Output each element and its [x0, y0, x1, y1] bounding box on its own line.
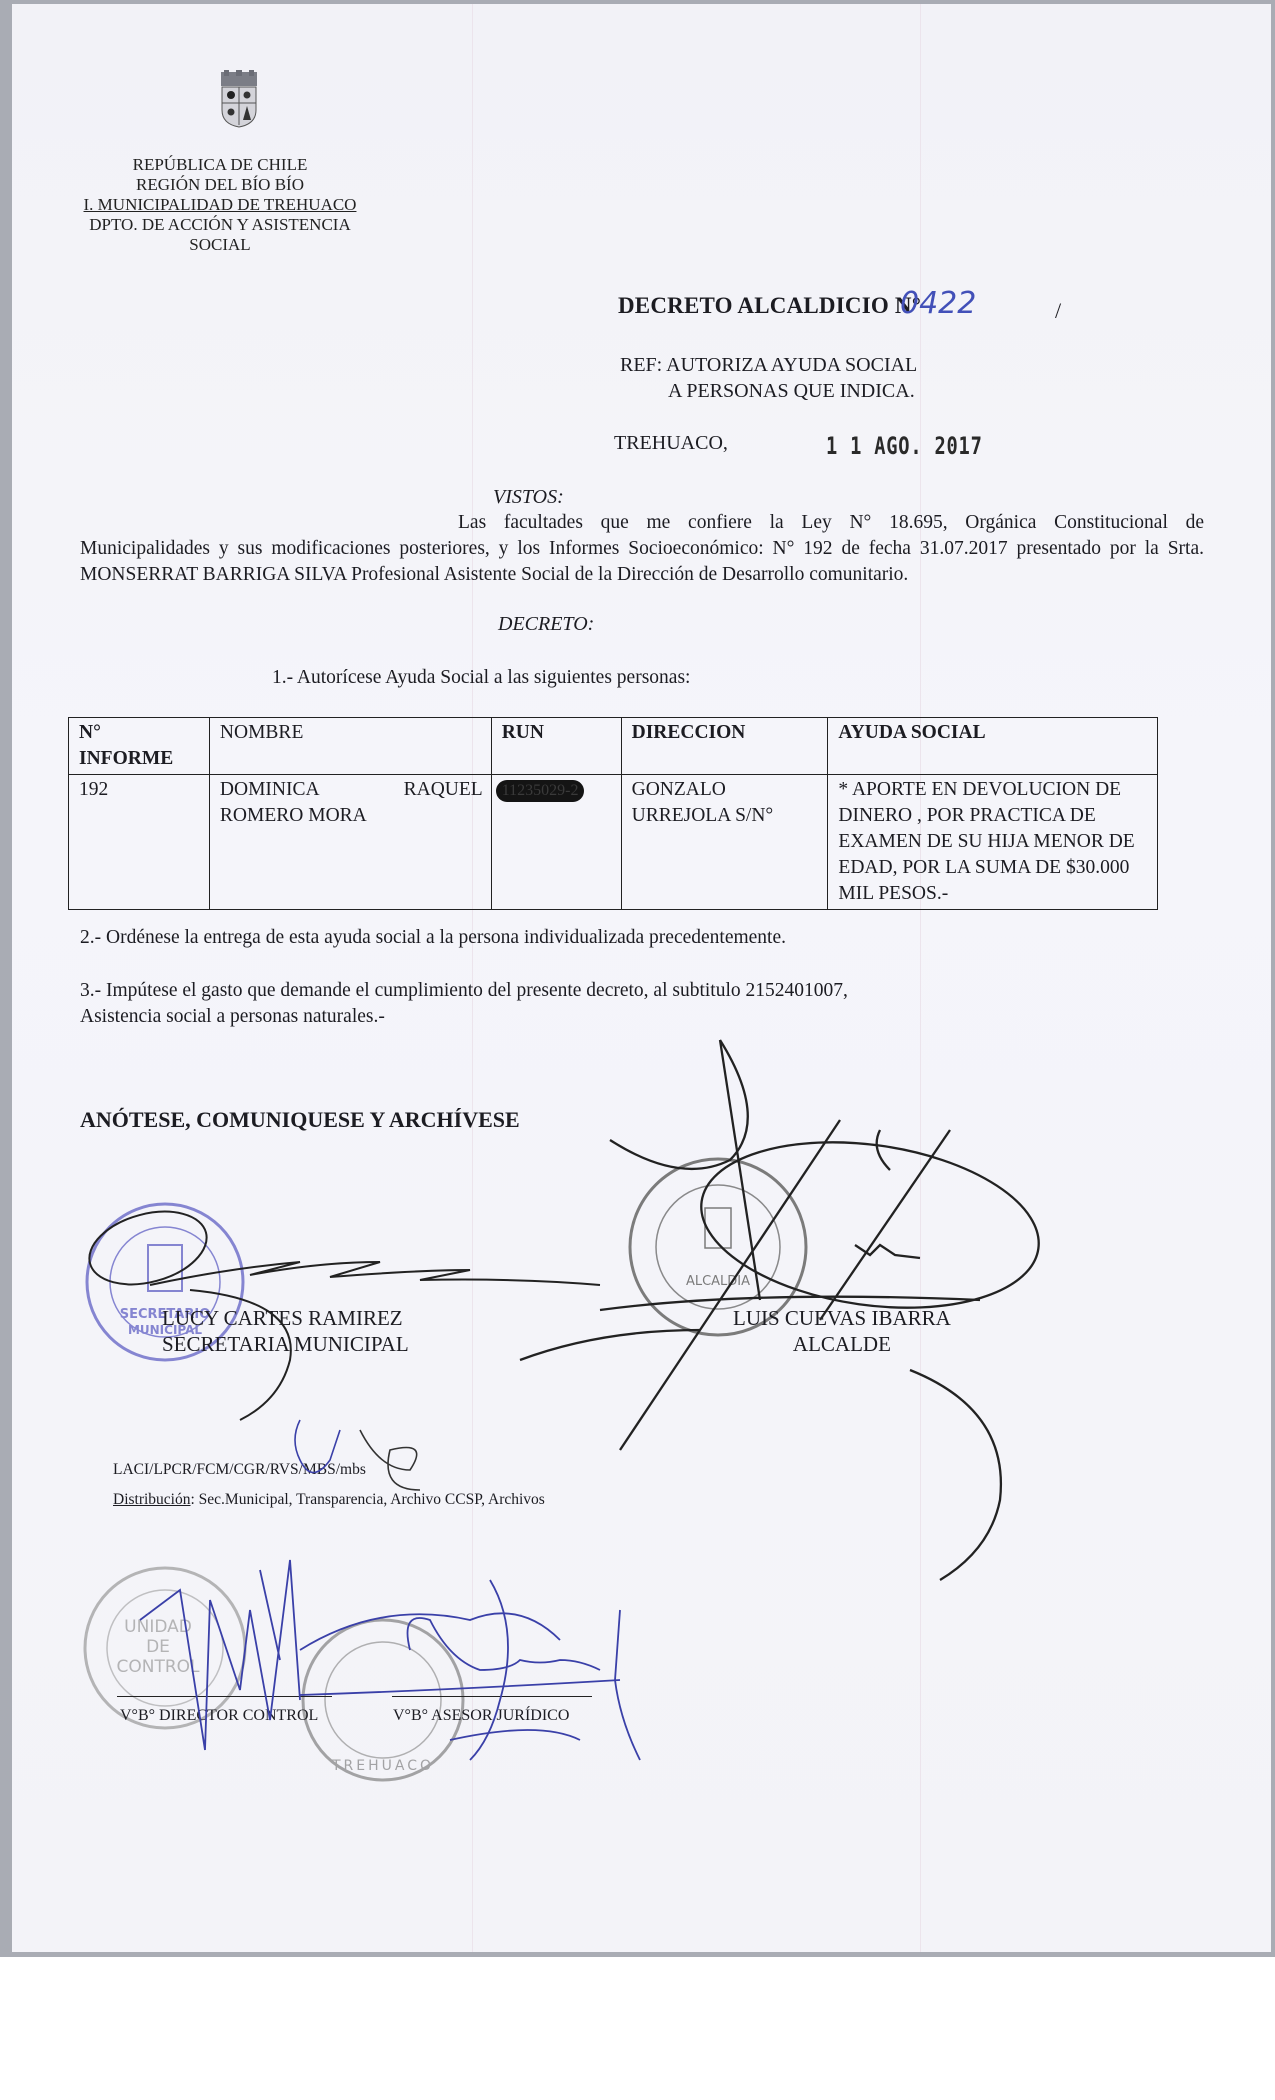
reference-line-2: A PERSONAS QUE INDICA. [620, 378, 917, 404]
mayor-title: ALCALDE [733, 1331, 951, 1357]
table-row: 192 DOMINICA RAQUEL ROMERO MORA 11235029… [69, 775, 1158, 910]
distribution-list: : Sec.Municipal, Transparencia, Archivo … [191, 1491, 545, 1508]
header-informe: N° INFORME [69, 718, 210, 775]
letterhead: REPÚBLICA DE CHILE REGIÓN DEL BÍO BÍO I.… [60, 155, 380, 255]
letterhead-municipality: I. MUNICIPALIDAD DE TREHUACO [60, 195, 380, 215]
coat-of-arms-icon [218, 70, 260, 128]
secretary-signature-block: LUCY CARTES RAMIREZ SECRETARIA MUNICIPAL [162, 1305, 409, 1357]
closing-formula: ANÓTESE, COMUNIQUESE Y ARCHÍVESE [80, 1107, 520, 1133]
header-direccion: DIRECCION [621, 718, 828, 775]
vistos-body: Las facultades que me confiere la Ley N°… [80, 510, 1204, 588]
control-approval-label: V°B° DIRECTOR CONTROL [120, 1706, 318, 1726]
redacted-run: 11235029-2 [496, 780, 585, 802]
letterhead-region: REGIÓN DEL BÍO BÍO [60, 175, 380, 195]
date-stamp: 1 1 AGO. 2017 [826, 432, 983, 460]
vistos-heading: VISTOS: [493, 486, 564, 509]
legal-approval-label: V°B° ASESOR JURÍDICO [393, 1706, 569, 1726]
vistos-rest: Municipalidades y sus modificaciones pos… [80, 536, 1204, 588]
secretary-title: SECRETARIA MUNICIPAL [162, 1331, 409, 1357]
reference-line-1: REF: AUTORIZA AYUDA SOCIAL [620, 352, 917, 378]
header-ayuda: AYUDA SOCIAL [828, 718, 1158, 775]
decree-number-handwritten: 0422 [900, 286, 976, 321]
cell-ayuda: * APORTE EN DEVOLUCION DE DINERO , POR P… [828, 775, 1158, 910]
decreto-item-1: 1.- Autorícese Ayuda Social a las siguie… [272, 665, 690, 691]
reference: REF: AUTORIZA AYUDA SOCIAL A PERSONAS QU… [620, 352, 917, 404]
decreto-item-3: 3.- Impútese el gasto que demande el cum… [80, 978, 1204, 1030]
header-nombre: NOMBRE [209, 718, 491, 775]
decreto-heading: DECRETO: [498, 613, 594, 636]
vistos-first-line: Las facultades que me confiere la Ley N°… [80, 510, 1204, 536]
cell-nombre: DOMINICA RAQUEL ROMERO MORA [209, 775, 491, 910]
cell-informe: 192 [69, 775, 210, 910]
distribution-label: Distribución [113, 1491, 191, 1508]
place: TREHUACO, [614, 432, 728, 455]
mayor-name: LUIS CUEVAS IBARRA [733, 1305, 951, 1331]
cell-direccion: GONZALO URREJOLA S/N° [621, 775, 828, 910]
aid-table: N° INFORME NOMBRE RUN DIRECCION AYUDA SO… [68, 717, 1158, 910]
mayor-signature-block: LUIS CUEVAS IBARRA ALCALDE [733, 1305, 951, 1357]
decreto-item-2: 2.- Ordénese la entrega de esta ayuda so… [80, 925, 1204, 951]
table-header-row: N° INFORME NOMBRE RUN DIRECCION AYUDA SO… [69, 718, 1158, 775]
initials: LACI/LPCR/FCM/CGR/RVS/MBS/mbs [113, 1460, 366, 1480]
decree-slash: / [1055, 298, 1061, 324]
control-signature-line [117, 1696, 332, 1697]
cell-run: 11235029-2 [491, 775, 621, 910]
letterhead-country: REPÚBLICA DE CHILE [60, 155, 380, 175]
letterhead-department: DPTO. DE ACCIÓN Y ASISTENCIA SOCIAL [60, 215, 380, 255]
legal-signature-line [392, 1696, 592, 1697]
header-run: RUN [491, 718, 621, 775]
secretary-name: LUCY CARTES RAMIREZ [162, 1305, 409, 1331]
decree-title: DECRETO ALCALDICIO N° [618, 293, 921, 319]
distribution: Distribución: Sec.Municipal, Transparenc… [113, 1490, 545, 1510]
